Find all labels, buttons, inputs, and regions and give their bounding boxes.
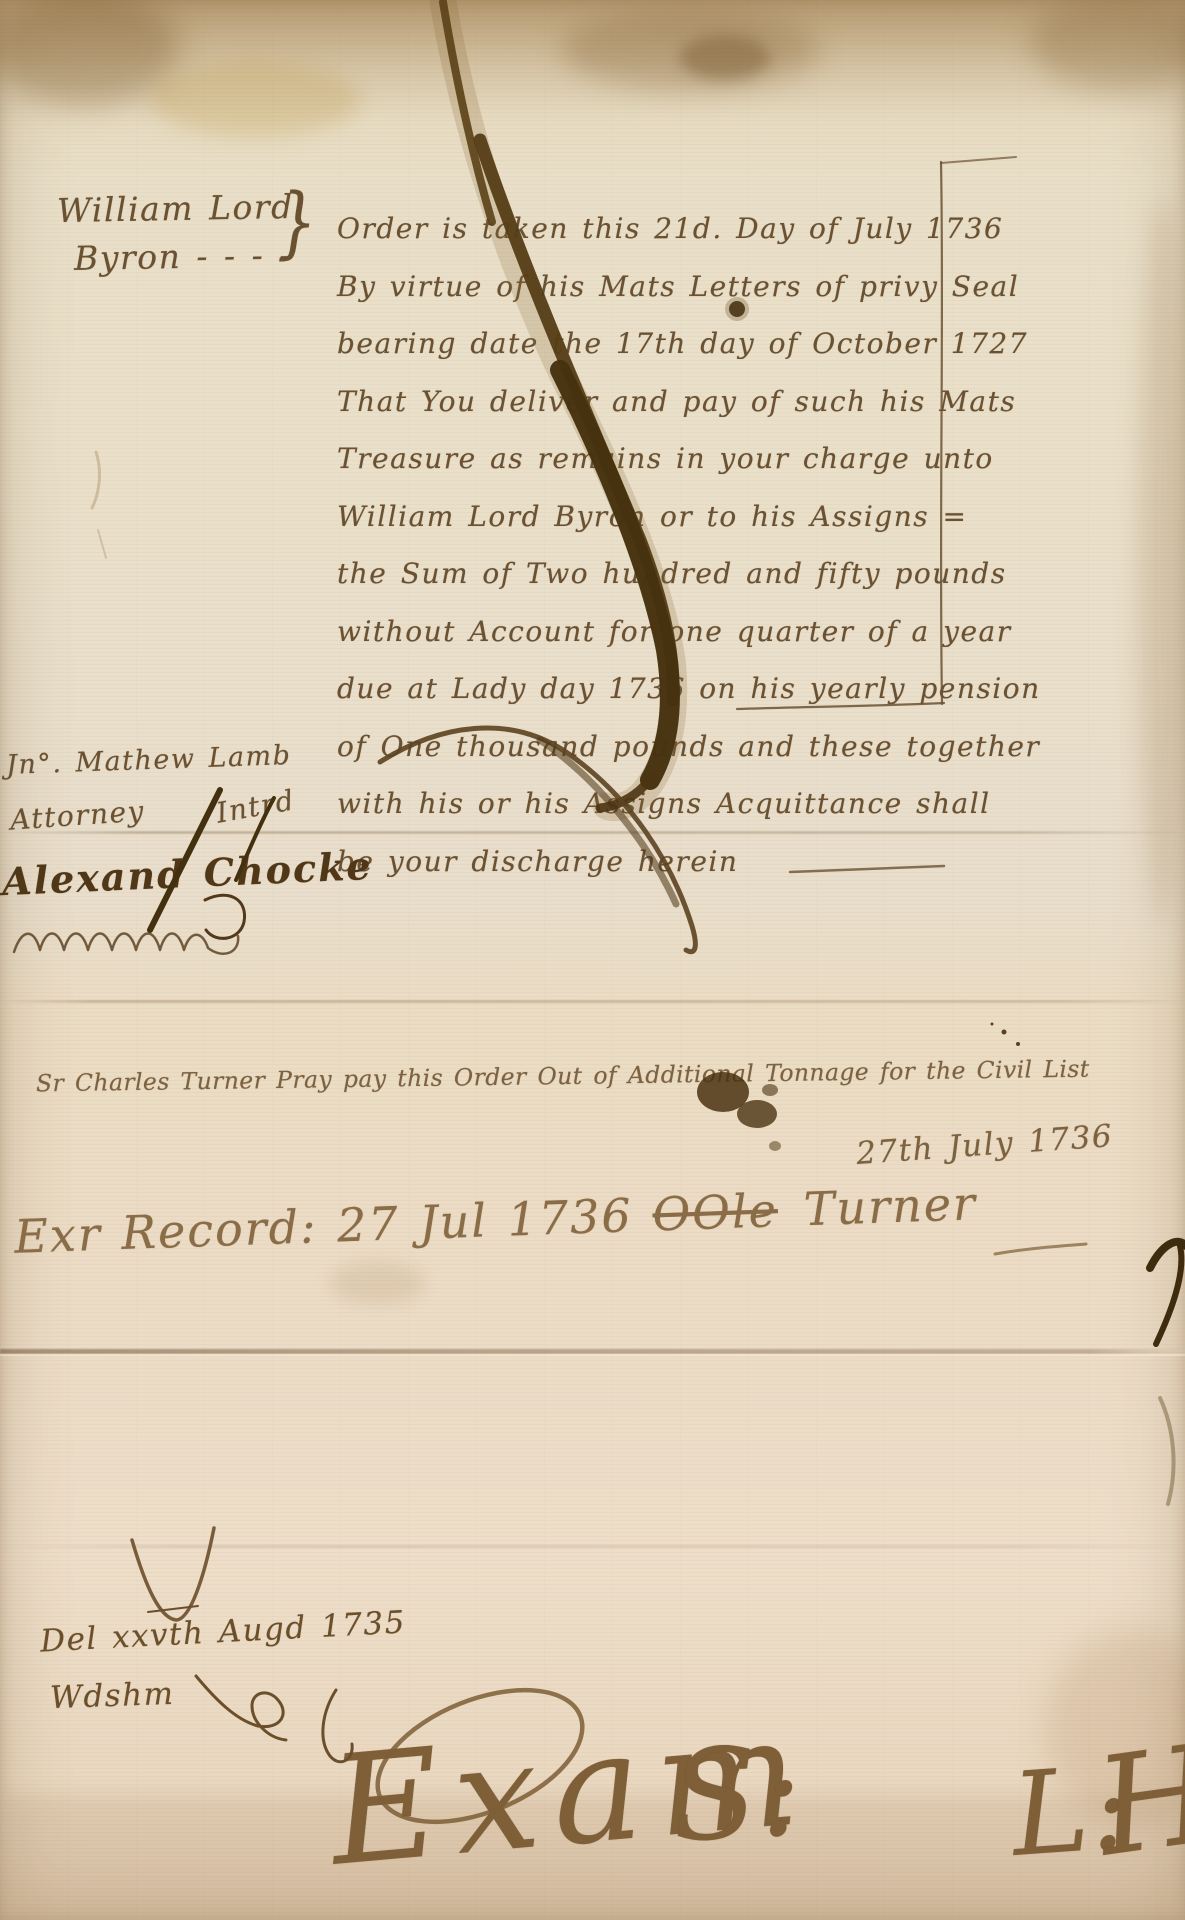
yellow-stain (150, 62, 360, 137)
cut-off-signature-fragment (1160, 1398, 1174, 1504)
body-line: bearing date the 17th day of October 172… (337, 327, 1028, 360)
body-line: due at Lady day 1736 on his yearly pensi… (337, 672, 1041, 705)
fold-crease-highlight (0, 1354, 1185, 1356)
pay-order-line: Sr Charles Turner Pray pay this Order Ou… (36, 1055, 1090, 1098)
ink-blot (769, 1141, 781, 1151)
body-line: Order is taken this 21d. Day of July 173… (337, 212, 1003, 245)
delivery-note-line1: Del xxvth Augd 1735 (39, 1604, 406, 1659)
bleed-through-mark (92, 452, 99, 508)
fold-crease (0, 831, 1185, 834)
margin-brace: } (277, 178, 317, 268)
fold-crease (0, 1545, 1185, 1548)
delivery-note-line2: Wdshm (49, 1676, 175, 1716)
record-signature: Turner (803, 1176, 978, 1236)
cut-off-signature-fragment (1156, 1246, 1181, 1344)
ink-dot (729, 301, 745, 317)
record-prefix: Exr Record: 27 Jul 1736 (13, 1188, 633, 1264)
body-line: without Account for one quarter of a yea… (337, 615, 1012, 648)
delivery-flourish (196, 1676, 286, 1740)
body-line: By virtue of his Mats Letters of privy S… (337, 270, 1019, 303)
fold-crease (0, 1349, 1185, 1354)
attorney-name: Jn°. Mathew Lamb (6, 740, 292, 781)
top-right-stain (1030, 0, 1185, 90)
cut-off-signature-fragment (1150, 1242, 1185, 1268)
body-line: William Lord Byron or to his Assigns = (337, 500, 968, 533)
bleed-through-mark (98, 530, 106, 558)
ink-spatter (1002, 1030, 1007, 1035)
attorney-role: Attorney (9, 794, 146, 836)
body-line: with his or his Assigns Acquittance shal… (337, 787, 991, 820)
mid-faint-stain (330, 1262, 425, 1304)
ink-blot (737, 1100, 777, 1128)
signature-underline-loops (14, 934, 238, 954)
record-line: Exr Record: 27 Jul 1736 OOle Turner (13, 1176, 977, 1264)
top-left-stain (0, 0, 180, 105)
body-line: the Sum of Two hundred and fifty pounds (337, 557, 1007, 590)
top-mottle-stain (680, 35, 770, 80)
signature-chocke: Alexand Chocke (1, 843, 373, 904)
body-line: of One thousand pounds and these togethe… (337, 730, 1040, 763)
delivery-overline (148, 1606, 198, 1612)
ink-spatter (991, 1023, 994, 1026)
check-stroke (132, 1528, 214, 1620)
fold-crease (0, 1000, 1185, 1003)
bracket-top-tick (941, 157, 1016, 163)
entered-mark: Intrd (214, 783, 298, 829)
right-edge-toning (1138, 200, 1185, 920)
signature-spiral (205, 895, 245, 938)
pen-arc-thick (540, 740, 676, 904)
margin-note-line1: William Lord (57, 187, 294, 230)
exam-flourish-s: S: (668, 1719, 806, 1871)
body-line: That You deliver and pay of such his Mat… (337, 385, 1016, 418)
pay-order-date: 27th July 1736 (855, 1118, 1114, 1172)
ink-smear-top (443, 2, 492, 222)
discharge-dash (790, 866, 944, 872)
record-trailing-dash (995, 1244, 1086, 1254)
record-struck-text: OOle (652, 1183, 779, 1241)
margin-note-line2: Byron - - - - (74, 235, 293, 278)
top-edge-stain (0, 0, 1185, 120)
ink-spatter (1016, 1042, 1020, 1046)
body-line: be your discharge herein (337, 845, 738, 878)
body-line: Treasure as remains in your charge unto (337, 442, 994, 475)
manuscript-page: William Lord Byron - - - - } Order is ta… (0, 0, 1185, 1920)
top-mottle-stain (560, 10, 820, 90)
